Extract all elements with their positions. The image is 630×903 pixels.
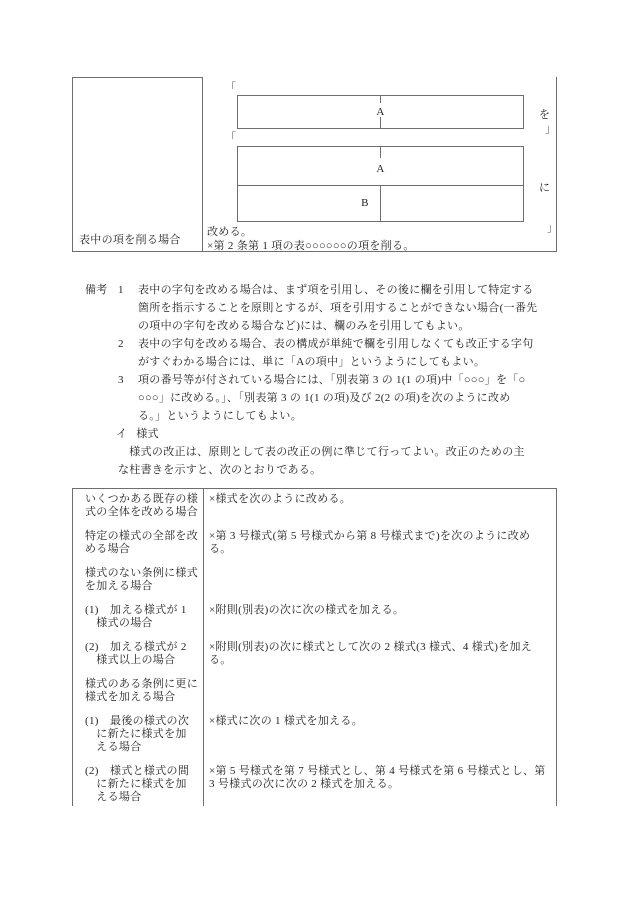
- subsection-paragraph: 様式の改正は、原則として表の改正の例に準じて行ってよい。改正のための主 な柱書き…: [118, 443, 538, 479]
- document-page: 表中の項を削る場合 「 A を 」 「 A B に 」 改める。 ×第 2 条第…: [0, 0, 630, 903]
- column-divider-tick-top: [380, 96, 381, 103]
- example-cell: ×第 3 号様式(第 5 号様式から第 8 号様式まで)を次のように改め る。: [203, 530, 556, 556]
- table-row: (1) 加える様式が 1 様式の場合 ×附則(別表)の次に次の様式を加える。: [73, 604, 556, 630]
- diagram-table-after: A B: [237, 146, 524, 222]
- subsection-heading: イ 様式: [116, 425, 630, 443]
- notes-section: 備考 1 表中の字句を改める場合は、まず項を引用し、その後に欄を引用して特定する…: [0, 281, 630, 479]
- column-divider-tick: [380, 147, 381, 158]
- table-row: いくつかある既存の様 式の全体を改める場合 ×様式を次のように改める。: [73, 493, 556, 519]
- note-number: 3: [118, 371, 138, 425]
- case-cell: (1) 最後の様式の次 に新たに様式を加 える場合: [73, 715, 203, 754]
- note-text: 表中の字句を改める場合は、まず項を引用し、その後に欄を引用して特定する 箇所を指…: [138, 281, 537, 335]
- note-item-3: 3 項の番号等が付されている場合には、「別表第 3 の 1(1 の項)中「○○○…: [118, 371, 538, 425]
- column-divider-tick-bottom: [380, 117, 381, 128]
- case-cell: 様式のない条例に様式 を加える場合: [73, 567, 203, 593]
- note-item-1: 1 表中の字句を改める場合は、まず項を引用し、その後に欄を引用して特定する 箇所…: [118, 281, 538, 335]
- example-cell: ×附則(別表)の次に次の様式を加える。: [203, 604, 556, 630]
- note-number: 1: [118, 281, 138, 335]
- example-cell: ×第 5 号様式を第 7 号様式とし、第 4 号様式を第 6 号様式とし、第 3…: [203, 765, 556, 804]
- column-divider-line: [380, 186, 381, 221]
- close-quote-bracket-1: 」: [545, 124, 556, 135]
- case-cell: 様式のある条例に更に 様式を加える場合: [73, 678, 203, 704]
- particle-wo: を: [539, 106, 550, 122]
- note-number: 2: [118, 335, 138, 371]
- example-cell: [203, 678, 556, 704]
- amend-text: 改める。: [207, 226, 252, 239]
- diagram-table-before: A: [237, 95, 524, 129]
- row-label-cell: 表中の項を削る場合: [73, 77, 203, 251]
- note-text: 表中の字句を改める場合、表の構成が単純で欄を引用しなくても改正する字句 がすぐわ…: [138, 335, 534, 371]
- case-cell: 特定の様式の全部を改 める場合: [73, 530, 203, 556]
- diagram-label-b-lower: B: [356, 197, 374, 209]
- example-sentence: ×第 2 条第 1 項の表○○○○○○の項を削る。: [207, 240, 415, 253]
- example-cell: ×様式を次のように改める。: [203, 493, 556, 519]
- note-text: 項の番号等が付されている場合には、「別表第 3 の 1(1 の項)中「○○○」を…: [138, 371, 526, 425]
- table-row-delete-example-table: 表中の項を削る場合 「 A を 」 「 A B に 」 改める。 ×第 2 条第…: [72, 77, 557, 252]
- table-row: (1) 最後の様式の次 に新たに様式を加 える場合 ×様式に次の 1 様式を加え…: [73, 715, 556, 754]
- table-row: 様式のない条例に様式 を加える場合: [73, 567, 556, 593]
- open-quote-bracket-2: 「: [225, 133, 236, 144]
- open-quote-bracket-1: 「: [225, 83, 236, 94]
- diagram-label-a: A: [238, 106, 523, 118]
- diagram-label-a-upper: A: [238, 163, 523, 175]
- row-content-cell: 「 A を 」 「 A B に 」 改める。 ×第 2 条第 1 項の表○○○○…: [203, 77, 556, 251]
- notes-label: 備考: [85, 281, 108, 299]
- notes-items: 1 表中の字句を改める場合は、まず項を引用し、その後に欄を引用して特定する 箇所…: [118, 281, 538, 425]
- case-cell: (1) 加える様式が 1 様式の場合: [73, 604, 203, 630]
- case-cell: (2) 加える様式が 2 様式以上の場合: [73, 641, 203, 667]
- table-row: (2) 加える様式が 2 様式以上の場合 ×附則(別表)の次に様式として次の 2…: [73, 641, 556, 667]
- case-cell: (2) 様式と様式の間 に新たに様式を加 える場合: [73, 765, 203, 804]
- example-cell: ×附則(別表)の次に様式として次の 2 様式(3 様式、4 様式)を加え る。: [203, 641, 556, 667]
- subsection-marker: イ: [116, 425, 127, 443]
- particle-ni: に: [539, 179, 550, 195]
- form-amendment-table: いくつかある既存の様 式の全体を改める場合 ×様式を次のように改める。 特定の様…: [72, 488, 557, 806]
- table-row: 様式のある条例に更に 様式を加える場合: [73, 678, 556, 704]
- example-cell: [203, 567, 556, 593]
- example-cell: ×様式に次の 1 様式を加える。: [203, 715, 556, 754]
- table-column-divider: [203, 489, 204, 806]
- row-label: 表中の項を削る場合: [79, 231, 181, 247]
- subsection-title: 様式: [136, 425, 159, 443]
- table-row: (2) 様式と様式の間 に新たに様式を加 える場合 ×第 5 号様式を第 7 号…: [73, 765, 556, 804]
- case-cell: いくつかある既存の様 式の全体を改める場合: [73, 493, 203, 519]
- close-quote-bracket-2: 」: [547, 223, 558, 234]
- note-item-2: 2 表中の字句を改める場合、表の構成が単純で欄を引用しなくても改正する字句 がす…: [118, 335, 538, 371]
- table-row: 特定の様式の全部を改 める場合 ×第 3 号様式(第 5 号様式から第 8 号様…: [73, 530, 556, 556]
